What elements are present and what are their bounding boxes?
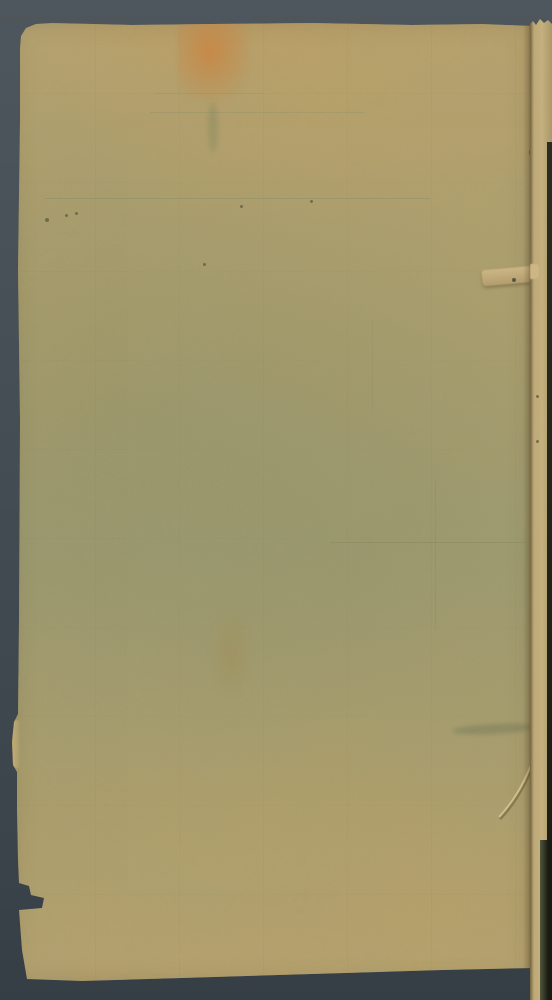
book-edge-shadow xyxy=(540,840,552,1000)
diagonal-crease xyxy=(12,20,532,983)
ink-speck xyxy=(536,440,539,443)
book-page xyxy=(12,20,532,983)
scan-viewport xyxy=(0,0,552,1000)
repair-flap xyxy=(530,264,539,279)
adjacent-leaf-edge xyxy=(530,14,552,1000)
ink-speck xyxy=(536,395,539,398)
